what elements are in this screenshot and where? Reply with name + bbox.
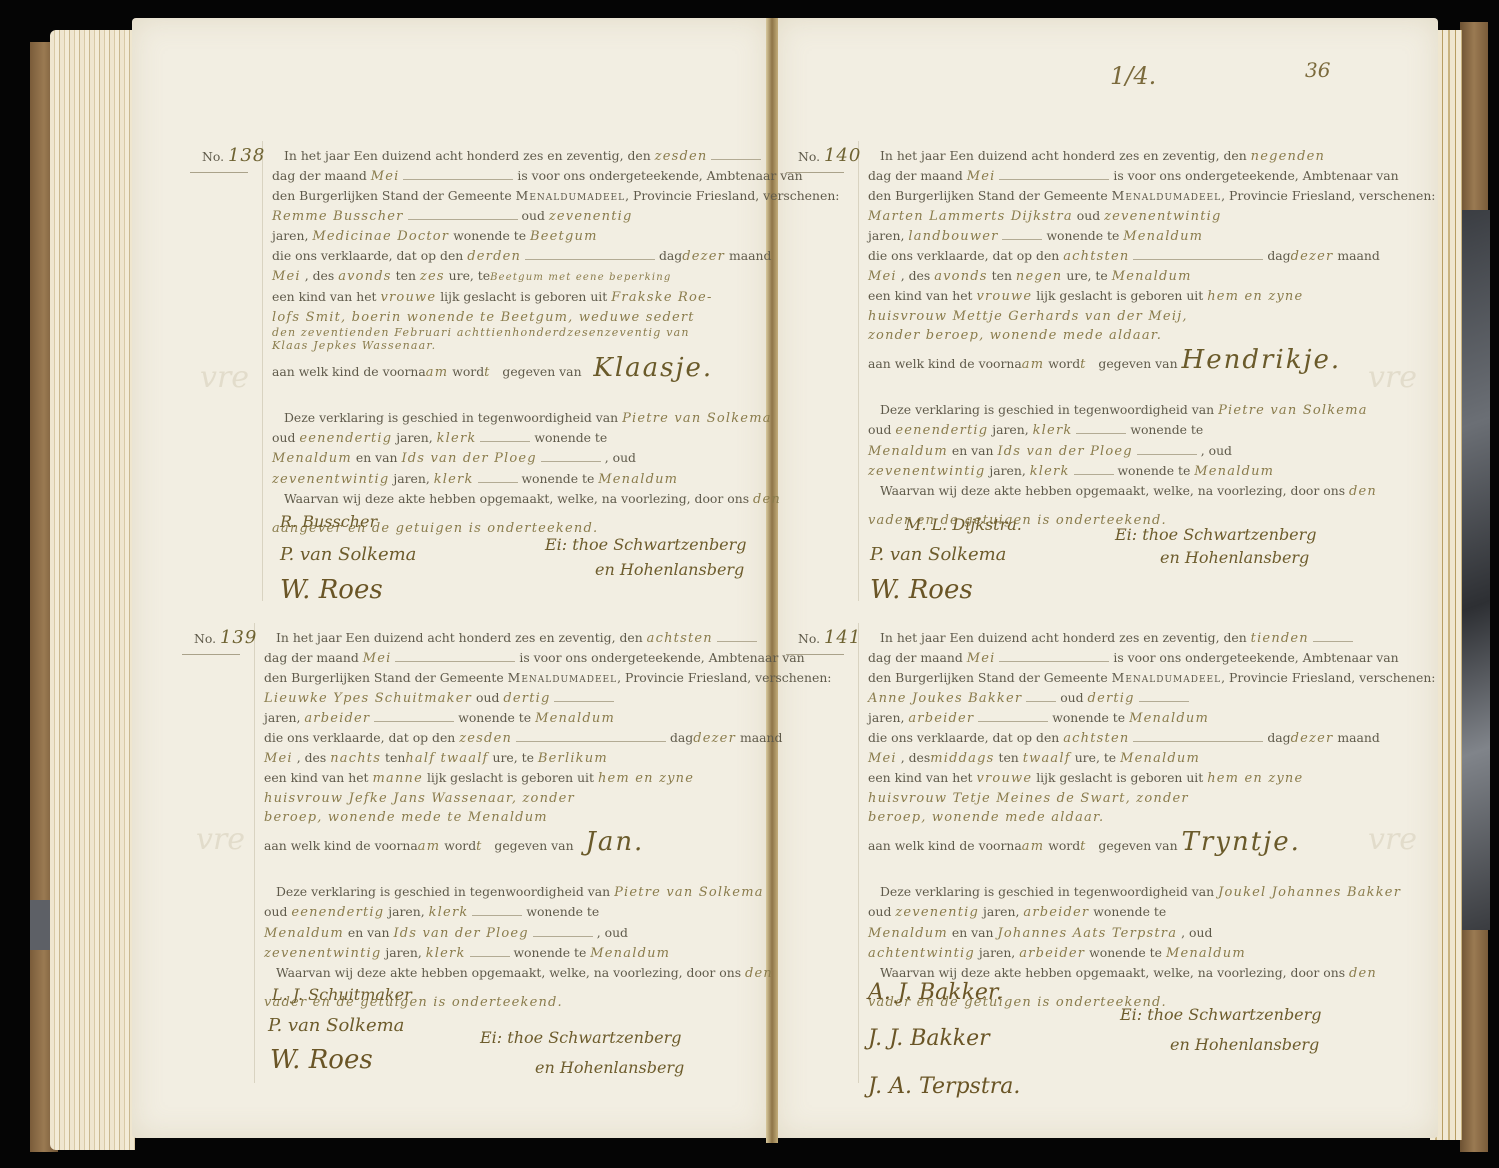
declarant-name: Remme Busscher bbox=[272, 209, 404, 224]
signature-official-title-138: en Hohenlansberg bbox=[595, 560, 744, 579]
number-underline bbox=[182, 654, 240, 655]
child-name: Tryntje. bbox=[1182, 827, 1301, 857]
page-number: 36 bbox=[1305, 58, 1330, 82]
margin-rule bbox=[254, 623, 255, 1083]
signature-official-141: Ei: thoe Schwartzenberg bbox=[1120, 1005, 1322, 1024]
margin-rule bbox=[858, 141, 859, 601]
margin-note-left-bottom: vre bbox=[196, 822, 245, 857]
number-underline bbox=[190, 172, 248, 173]
signature-official-138: Ei: thoe Schwartzenberg bbox=[545, 535, 747, 554]
signature-witness1-141: J. J. Bakker bbox=[868, 1026, 990, 1051]
child-name: Hendrikje. bbox=[1182, 345, 1342, 375]
signature-declarant-140: M. L. Dijkstra. bbox=[905, 515, 1022, 534]
page-edges-left bbox=[50, 30, 135, 1150]
declarant-occupation: Medicinae Doctor bbox=[312, 229, 449, 244]
margin-note-left-top: vre bbox=[200, 360, 249, 395]
record-number: No. 138 bbox=[202, 146, 265, 166]
number-underline bbox=[786, 654, 844, 655]
signature-declarant-141: A. J. Bakker. bbox=[868, 980, 1003, 1005]
signature-witness2-138: W. Roes bbox=[280, 575, 383, 605]
folio-mark: 1/4. bbox=[1110, 62, 1156, 90]
signature-declarant-139: L. J. Schuitmaker bbox=[272, 985, 412, 1004]
registration-month: Mei bbox=[371, 169, 400, 184]
signature-official-title-139: en Hohenlansberg bbox=[535, 1058, 684, 1077]
marbled-endpaper-left bbox=[30, 900, 50, 950]
signature-official-140: Ei: thoe Schwartzenberg bbox=[1115, 525, 1317, 544]
child-name: Klaasje. bbox=[593, 353, 713, 383]
birth-record-138: No. 138 In het jaar Een duizend acht hon… bbox=[272, 146, 792, 538]
registration-day: zesden bbox=[655, 149, 708, 164]
margin-rule bbox=[262, 141, 263, 601]
signature-witness1-138: P. van Solkema bbox=[280, 544, 416, 565]
signature-official-139: Ei: thoe Schwartzenberg bbox=[480, 1028, 682, 1047]
record-number: No. 140 bbox=[798, 146, 861, 166]
signature-witness2-139: W. Roes bbox=[270, 1045, 373, 1075]
birth-record-140: No. 140 In het jaar Een duizend acht hon… bbox=[868, 146, 1388, 530]
record-number: No. 139 bbox=[194, 628, 257, 648]
number-underline bbox=[786, 172, 844, 173]
margin-rule bbox=[858, 623, 859, 1083]
birth-record-141: No. 141 In het jaar Een duizend acht hon… bbox=[868, 628, 1388, 1012]
declarant-age: zevenentig bbox=[549, 209, 633, 224]
marbled-endpaper-right bbox=[1458, 210, 1490, 930]
signature-witness2-141: J. A. Terpstra. bbox=[868, 1074, 1020, 1099]
signature-official-title-140: en Hohenlansberg bbox=[1160, 548, 1309, 567]
declarant-residence: Beetgum bbox=[530, 229, 598, 244]
signature-witness2-140: W. Roes bbox=[870, 575, 973, 605]
record-number: No. 141 bbox=[798, 628, 861, 648]
child-name: Jan. bbox=[585, 827, 644, 857]
signature-witness1-139: P. van Solkema bbox=[268, 1015, 404, 1036]
signature-witness1-140: P. van Solkema bbox=[870, 544, 1006, 565]
birth-record-139: No. 139 In het jaar Een duizend acht hon… bbox=[264, 628, 784, 1012]
signature-official-title-141: en Hohenlansberg bbox=[1170, 1035, 1319, 1054]
signature-declarant-138: R. Busscher bbox=[280, 512, 377, 531]
